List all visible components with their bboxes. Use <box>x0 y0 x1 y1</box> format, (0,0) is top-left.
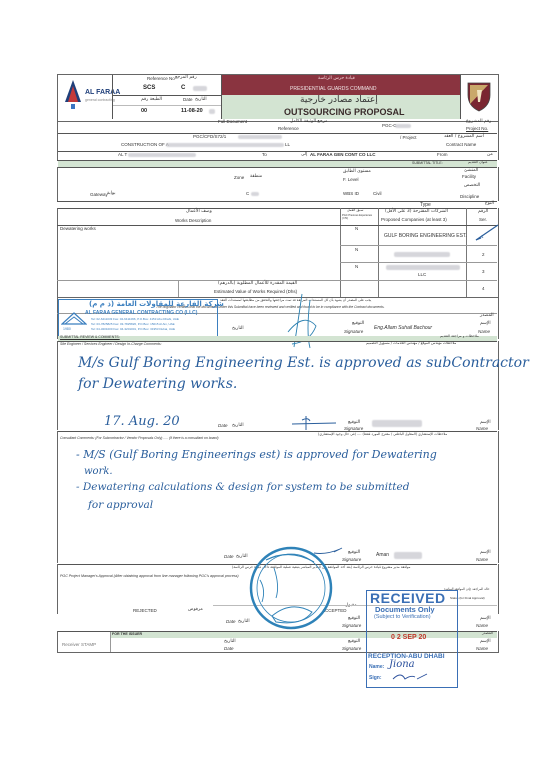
contract-label-ar: أسم المشروع / العقد <box>444 135 484 140</box>
issuer-name-label-ar: الإسم <box>480 640 491 645</box>
from-value: AL FARAA GEN CONT CO LLC <box>310 153 376 158</box>
rejected-option-ar: مرفوض <box>188 608 203 613</box>
revision-label-ar: الطبعة رقم <box>141 98 162 103</box>
company-stamp-name: AL FARAA GENERAL CONTRACTING CO (LLC) <box>85 310 197 316</box>
received-stamp: RECEIVED Documents Only (Subject to Veri… <box>366 590 458 688</box>
received-stamp-title: RECEIVED <box>370 590 446 606</box>
originator-name-value: Eng.Allam Suhail Bachour <box>374 326 432 332</box>
row2-serial: 2 <box>482 253 485 258</box>
form-title-ar: إعتماد مصادر خارجية <box>300 95 378 105</box>
company-stamp-line2: Tel: 03-7825825 Fax: 03-7825826, P.O.Box… <box>91 322 175 326</box>
header-date-value: 11-08-20 <box>181 108 203 114</box>
org-title: PRESIDENTIAL GUARDS COMMAND <box>290 87 377 93</box>
discipline-label-ar: التخصص <box>464 184 480 189</box>
consultant-signature-label-ar: التوقيع <box>348 551 360 556</box>
review-section-title: SUBMITTAL REVIEW & COMMENTS: <box>60 336 120 340</box>
project-code: PGC/CFD/S72/1 <box>193 135 226 140</box>
reference-no-value: SCS <box>143 85 155 91</box>
site-engineer-date-value: 17. Aug. 20 <box>104 414 180 429</box>
pm-name-label: Name <box>476 624 488 629</box>
project-name-tail: LL <box>285 143 290 148</box>
form-title: OUTSOURCING PROPOSAL <box>284 107 405 117</box>
originator-label-ar: المصدر <box>480 314 494 319</box>
pm-signature-label-ar: التوقيع <box>348 617 360 622</box>
gateway-label-ar: بوابة <box>107 192 116 197</box>
site-engineer-label: Site Engineer / Services Engineer / Desi… <box>60 343 162 347</box>
scanned-document-page: AL FARAA general contracting Reference N… <box>0 0 543 760</box>
consultant-comment-line4: for approval <box>88 499 153 511</box>
experience-header: PGC Previous Experience (Y/N) <box>342 215 376 221</box>
issuer-date-label-ar: التاريخ <box>224 640 236 645</box>
rejected-option[interactable]: REJECTED <box>133 609 157 614</box>
type-label-ar: النوع <box>485 202 494 207</box>
issuer-signature-label: Signature <box>342 647 361 652</box>
consultant-date-label: Date <box>224 555 234 560</box>
row4-serial: 4 <box>482 287 485 292</box>
description-header-ar: وصف الأعمال <box>186 210 212 215</box>
project-name: CONSTRUCTION OF A <box>121 143 169 148</box>
site-engineer-signature <box>290 414 340 432</box>
from-label: From <box>437 153 448 158</box>
serial-header-ar: الرقم <box>478 210 488 215</box>
consultant-comment-line2: work. <box>84 466 113 477</box>
originator-name-label-ar: الإسم <box>480 322 491 327</box>
project-no-label: Project No. <box>466 127 488 132</box>
round-official-stamp <box>246 540 336 636</box>
gateway-label: Gateway <box>90 193 108 198</box>
receiver-stamp-label: Receiver STAMP <box>62 643 96 648</box>
originator-signature-label-ar: التوقيع <box>352 322 364 327</box>
tick-mark-icon <box>472 222 502 244</box>
reference-no-label: Reference No <box>147 77 175 82</box>
reference-no-suffix: C <box>181 85 185 91</box>
received-stamp-name-value: Jiona <box>389 659 415 670</box>
company-stamp-year: 1980 <box>63 327 71 331</box>
received-stamp-line1: Documents Only <box>375 605 435 614</box>
consultant-signature-label: Signature <box>342 558 361 563</box>
received-stamp-line2: (Subject to Verification) <box>374 614 431 620</box>
to-value: AL T <box>118 153 127 158</box>
row1-experience: N <box>355 227 358 232</box>
issuer-signature-label-ar: التوقيع <box>348 640 360 645</box>
to-label-ar: إلى <box>301 153 307 158</box>
date-label: Date <box>183 98 193 103</box>
row1-company: GULF BORING ENGINEERING EST. <box>384 234 467 240</box>
originator-signature-label: Signature <box>344 330 363 335</box>
issuer-date-label: Date <box>224 647 234 652</box>
estimated-value-label-ar: القيمة المقدرة للأعمال المطلوبة (بالدرهم… <box>218 282 297 287</box>
originator-name-label: Name <box>478 330 490 335</box>
full-reference-label-ar: مرجع الوثيقة الكامل <box>290 120 327 125</box>
company-stamp-name-ar: شركة الفارعة للمقاولات العامة (ذ م م) <box>89 300 224 308</box>
wbs-label: WBS ID <box>343 192 359 197</box>
company-stamp-logo-icon <box>61 312 87 326</box>
issuer-name-label: Name <box>476 647 488 652</box>
review-section-title-ar: ملاحظات و مراجعة التقديم <box>440 335 479 339</box>
site-engineer-date-label-ar: التاريخ <box>232 424 244 429</box>
site-engineer-comment-line2: for Dewatering works. <box>78 376 237 392</box>
presidential-guard-emblem-icon <box>466 80 492 117</box>
pm-signature-label: Signature <box>342 624 361 629</box>
wbs-value: Civil <box>373 192 382 197</box>
received-stamp-sign-label: Sign: <box>369 675 382 681</box>
zone-label: Zone <box>234 176 244 181</box>
to-label: To <box>262 153 267 158</box>
f-level-label-ar: مستوى الطابق <box>343 170 371 175</box>
consultant-name-label: Name <box>476 558 488 563</box>
al-faraa-logo-icon <box>58 75 112 119</box>
pm-date-label: Date <box>226 620 236 625</box>
description-header: Works Description <box>175 219 211 224</box>
full-document-label: Full Document <box>218 120 247 125</box>
site-engineer-comment-line1: M/s Gulf Boring Engineering Est. is appr… <box>78 355 529 371</box>
project-no-label-ar: رقم المشروع <box>466 120 491 125</box>
received-stamp-date: 0 2 SEP 20 <box>391 634 426 641</box>
company-stamp: شركة الفارعة للمقاولات العامة (ذ م م) AL… <box>58 299 218 337</box>
received-stamp-signature <box>391 671 431 683</box>
row3-serial: 3 <box>482 270 485 275</box>
originator-date-label-ar: التاريخ <box>232 327 244 332</box>
full-reference-label: Reference <box>278 127 299 132</box>
row3-experience: N <box>355 265 358 270</box>
consultant-name-label-ar: الإسم <box>480 551 491 556</box>
submittal-title-label-ar: عنوان التقديم <box>468 161 488 165</box>
row3-company: LLC <box>418 273 426 278</box>
consultant-label-ar: ملاحظات الإستشاري (المقاول الباطني / مقت… <box>318 433 447 437</box>
experience-header-ar: سبق العمل <box>347 209 363 213</box>
company-stamp-line3: Tel: 04-3201000 Fax: 04-3201001, P.O.Box… <box>91 327 175 331</box>
revision-value: 00 <box>141 108 147 114</box>
reference-no-label-ar: رقم المرجع <box>175 76 197 81</box>
site-engineer-label-ar: ملاحظات مهندس الموقع / مهندس الخدمات / م… <box>366 342 456 346</box>
site-engineer-date-label: Date <box>218 424 228 429</box>
companies-header-ar: الشركات المقترحة (3 على الأقل) <box>385 210 448 215</box>
f-level-label: F. Level <box>343 178 359 183</box>
facility-label: Facility <box>462 175 476 180</box>
consultant-comment-line3: - Dewatering calculations & design for s… <box>76 481 409 493</box>
consultant-label: Consultant Comments: (For Subcontractor … <box>60 437 219 441</box>
zone-label-ar: منطقة <box>250 175 262 180</box>
project-label: / Project <box>400 136 417 141</box>
pm-approval-label: PGC Project Manager's Approval (After ob… <box>60 575 239 579</box>
company-stamp-line1: Tel: 02-6411033 Fax: 02-6411066, P.O.Box… <box>91 317 179 321</box>
date-label-ar: التاريخ <box>195 98 207 103</box>
zone-value: C <box>246 192 249 197</box>
contract-label: Contract Name <box>446 143 476 148</box>
discipline-label: Discipline <box>460 195 479 200</box>
org-title-ar: قيادة حرس الرئاسة <box>318 77 355 82</box>
consultant-name-value: Aman <box>376 553 389 559</box>
reference-cells: Reference No رقم المرجع SCS C الطبعة رقم… <box>113 75 221 119</box>
pm-name-label-ar: الإسم <box>480 617 491 622</box>
companies-header: Proposed Companies (at least 3) <box>381 218 447 223</box>
received-stamp-name-label: Name: <box>369 664 384 670</box>
logo-subtitle: general contracting <box>85 99 115 103</box>
from-label-ar: من <box>487 153 493 158</box>
row2-experience: N <box>355 248 358 253</box>
company-logo: AL FARAA general contracting <box>58 75 112 119</box>
submittal-title-label: SUBMITTAL TITLE: <box>412 162 443 166</box>
consultant-comment-line1: - M/S (Gulf Boring Engineerings est) is … <box>76 448 437 461</box>
works-description-value: Dewatering works <box>60 227 96 232</box>
